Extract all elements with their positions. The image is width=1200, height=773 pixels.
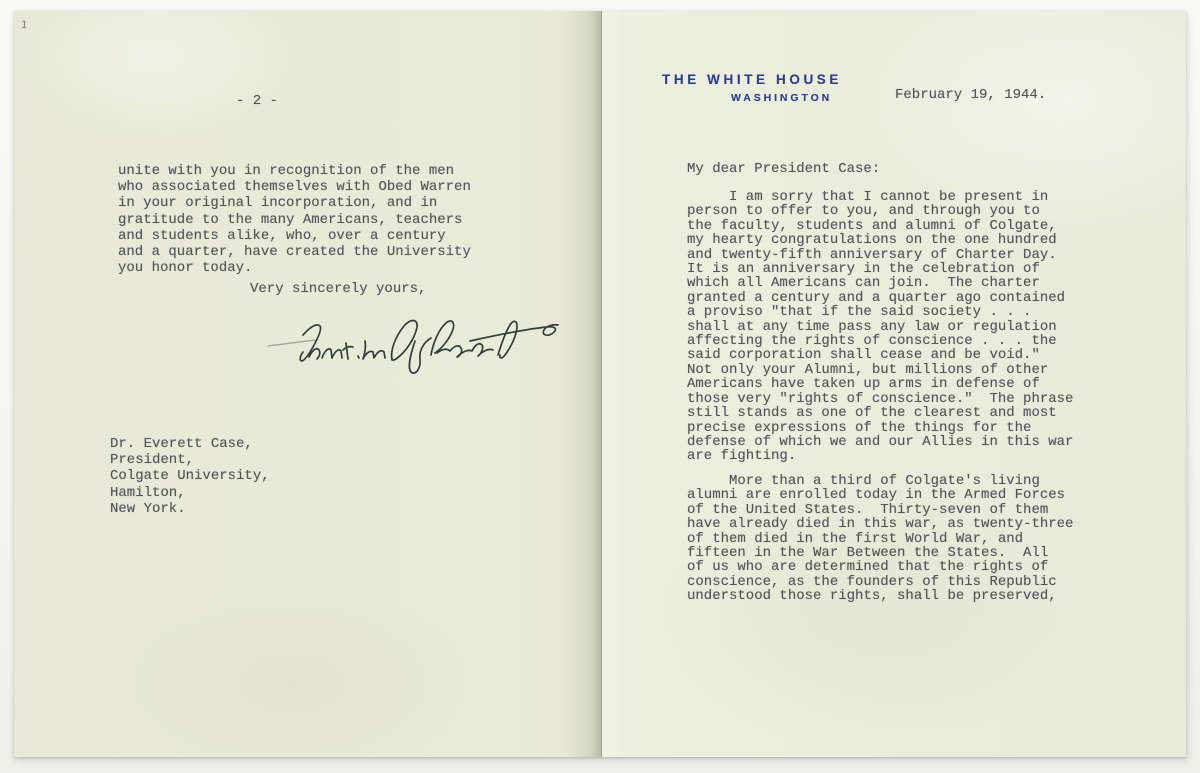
letterhead-washington: WASHINGTON (731, 92, 832, 104)
page-number: - 2 - (236, 93, 278, 109)
letter-date: February 19, 1944. (895, 87, 1046, 103)
closing-line: Very sincerely yours, (250, 281, 426, 297)
letter-body-continued: unite with you in recognition of the men… (118, 163, 471, 276)
signature-first-name-stroke (300, 325, 342, 361)
fdr-signature: Franklin D. Roosevelt (265, 308, 560, 376)
signature-leadin-stroke (268, 340, 315, 346)
letter-paragraph-2: More than a third of Colgate's living al… (687, 474, 1073, 604)
signature-mid-stroke (343, 341, 385, 359)
letter-paragraph-1: I am sorry that I cannot be present in p… (687, 190, 1073, 464)
letter-sheet: 1 - 2 - unite with you in recognition of… (14, 11, 1186, 757)
letterhead-white-house: THE WHITE HOUSE (662, 72, 842, 87)
recipient-address-block: Dr. Everett Case, President, Colgate Uni… (110, 436, 270, 517)
center-fold-shadow (563, 11, 601, 757)
signature-d-stroke (392, 320, 431, 373)
scan-background: 1 - 2 - unite with you in recognition of… (0, 0, 1200, 773)
archive-corner-mark: 1 (21, 20, 28, 31)
center-fold-highlight (602, 11, 622, 757)
signature-last-name-stroke (431, 321, 493, 357)
salutation-line: My dear President Case: (687, 161, 880, 177)
